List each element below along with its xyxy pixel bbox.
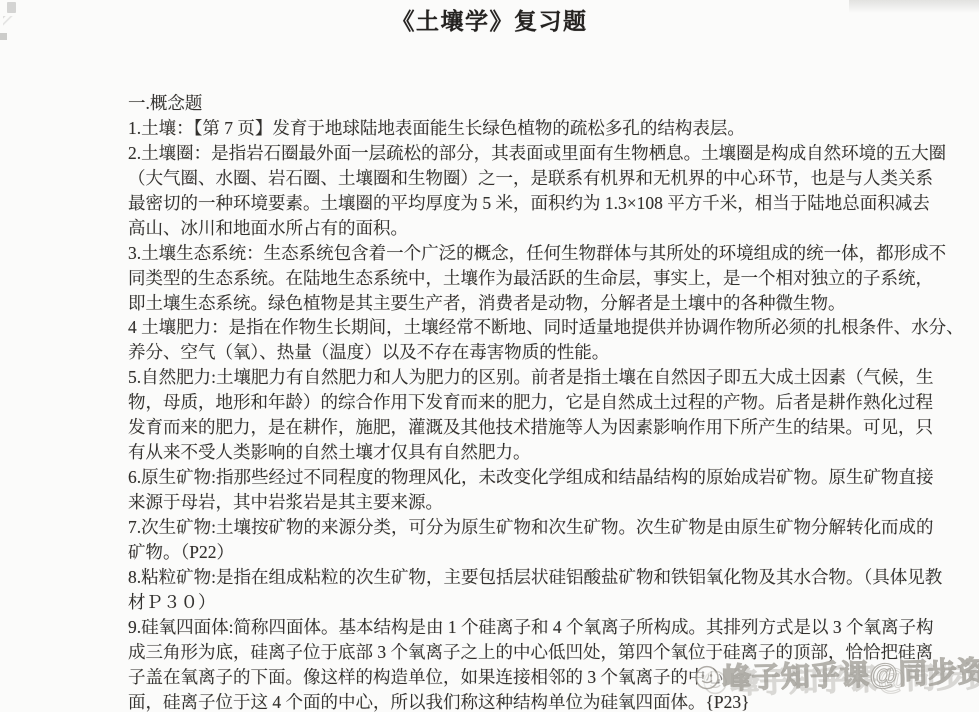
- text-line: 2.土壤圈：是指岩石圈最外面一层疏松的部分，其表面或里面有生物栖息。土壤圈是构成…: [128, 141, 907, 166]
- text-line: 子盖在氧离子的下面。像这样的构造单位，如果连接相邻的 3 个氧离子的中心: [128, 665, 907, 690]
- text-line: 发育而来的肥力，是在耕作，施肥，灌溉及其他技术措施等人为因素影响作用下所产生的结…: [128, 415, 907, 440]
- text-line: 一.概念题: [128, 91, 907, 116]
- text-line: 1.土壤：【第 7 页】发育于地球陆地表面能生长绿色植物的疏松多孔的结构表层。: [128, 116, 907, 141]
- text-line: 3.土壤生态系统：生态系统包含着一个广泛的概念，任何生物群体与其所处的环境组成的…: [128, 241, 907, 266]
- text-line: 即土壤生态系统。绿色植物是其主要生产者，消费者是动物，分解者是土壤中的各种微生物…: [128, 291, 907, 316]
- text-line: 8.粘粒矿物:是指在组成粘粒的次生矿物，主要包括层状硅铝酸盐矿物和铁铝氧化物及其…: [128, 565, 907, 590]
- text-line: 养分、空气（氧）、热量（温度）以及不存在毒害物质的性能。: [128, 340, 907, 365]
- text-line: 7.次生矿物:土壤按矿物的来源分类，可分为原生矿物和次生矿物。次生矿物是由原生矿…: [128, 515, 907, 540]
- text-line: 最密切的一种环境要素。土壤圈的平均厚度为 5 米，面积约为 1.3×108 平方…: [128, 191, 907, 216]
- scanned-document-page: 《土壤学》复习题 一.概念题1.土壤：【第 7 页】发育于地球陆地表面能生长绿色…: [0, 0, 979, 712]
- document-title: 《土壤学》复习题: [0, 3, 979, 36]
- text-line: 有从来不受人类影响的自然土壤才仅具有自然肥力。: [128, 440, 907, 465]
- text-line: 9.硅氧四面体:简称四面体。基本结构是由 1 个硅离子和 4 个氧离子所构成。其…: [128, 615, 907, 640]
- text-line: 4 土壤肥力：是指在作物生长期间，土壤经常不断地、同时适量地提供并协调作物所必须…: [128, 315, 907, 340]
- scan-artifact-top-left-smudge: [3, 16, 17, 26]
- text-line: 物，母质，地形和年龄）的综合作用下发育而来的肥力，它是自然成土过程的产物。后者是…: [128, 390, 907, 415]
- text-line: （大气圈、水圈、岩石圈、土壤圈和生物圈）之一，是联系有机界和无机界的中心环节，也…: [128, 166, 907, 191]
- text-line: 材Ｐ３０）: [128, 590, 907, 615]
- scan-artifact-top-right-band: [849, 0, 979, 13]
- text-line: 高山、冰川和地面水所占有的面积。: [128, 216, 907, 241]
- text-line: 6.原生矿物:指那些经过不同程度的物理风化，未改变化学组成和结晶结构的原始成岩矿…: [128, 465, 907, 490]
- text-line: 5.自然肥力:土壤肥力有自然肥力和人为肥力的区别。前者是指土壤在自然因子即五大成…: [128, 365, 907, 390]
- text-line: 面，硅离子位于这 4 个面的中心，所以我们称这种结构单位为硅氧四面体。{P23}: [128, 690, 907, 712]
- scan-artifact-top-left-glyph: [7, 2, 16, 13]
- document-body: 一.概念题1.土壤：【第 7 页】发育于地球陆地表面能生长绿色植物的疏松多孔的结…: [128, 91, 907, 712]
- text-line: 来源于母岩，其中岩浆岩是其主要来源。: [128, 490, 907, 515]
- scan-artifact-left-square: [0, 33, 7, 40]
- text-line: 成三角形为底，硅离子位于底部 3 个氧离子之上的中心低凹处，第四个氧位于硅离子的…: [128, 640, 907, 665]
- text-line: 同类型的生态系统。在陆地生态系统中，土壤作为最活跃的生命层，事实上，是一个相对独…: [128, 266, 907, 291]
- text-line: 矿物。（P22）: [128, 540, 907, 565]
